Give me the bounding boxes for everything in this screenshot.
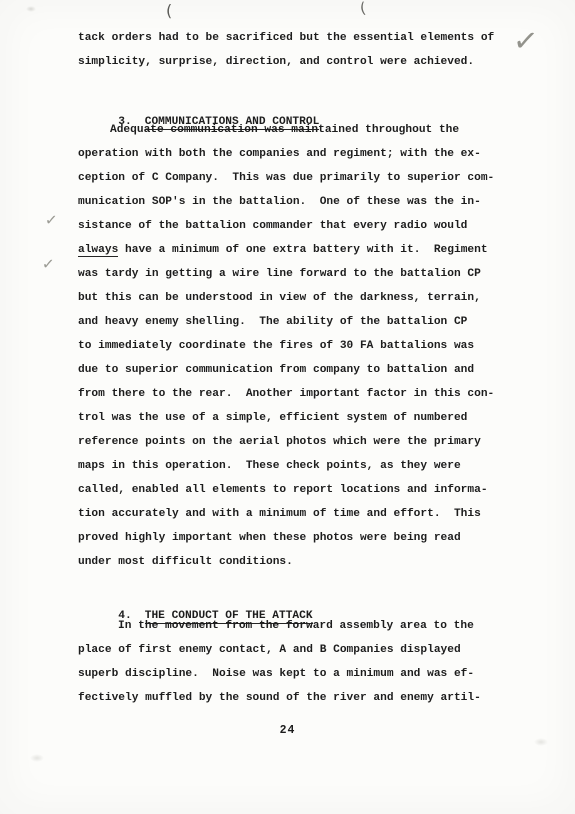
scan-smudge bbox=[26, 6, 36, 12]
text-line: In the movement from the forward assembl… bbox=[78, 614, 538, 638]
text-line: proved highly important when these photo… bbox=[78, 526, 538, 550]
section-heading-communications: 3.COMMUNICATIONS AND CONTROL bbox=[78, 86, 538, 110]
text-line: operation with both the companies and re… bbox=[78, 142, 538, 166]
text-line: superb discipline. Noise was kept to a m… bbox=[78, 662, 538, 686]
text-line: to immediately coordinate the fires of 3… bbox=[78, 334, 538, 358]
text-line: fectively muffled by the sound of the ri… bbox=[78, 686, 538, 710]
text-line: ception of C Company. This was due prima… bbox=[78, 166, 538, 190]
text-line-rest: have a minimum of one extra battery with… bbox=[118, 244, 487, 256]
paragraph-conduct-of-attack: In the movement from the forward assembl… bbox=[78, 614, 538, 710]
text-line: due to superior communication from compa… bbox=[78, 358, 538, 382]
handwritten-paren-mark: ( bbox=[166, 1, 172, 20]
text-line: trol was the use of a simple, efficient … bbox=[78, 406, 538, 430]
scanned-document-page: ( ( ✓ ✓ ✓ tack orders had to be sacrific… bbox=[0, 0, 575, 814]
text-line: simplicity, surprise, direction, and con… bbox=[78, 50, 538, 74]
text-line: reference points on the aerial photos wh… bbox=[78, 430, 538, 454]
paragraph-communications: Adequate communication was maintained th… bbox=[78, 118, 538, 574]
text-line: from there to the rear. Another importan… bbox=[78, 382, 538, 406]
pencil-checkmark-icon: ✓ bbox=[44, 211, 58, 230]
text-line: always have a minimum of one extra batte… bbox=[78, 238, 538, 262]
text-line: munication SOP's in the battalion. One o… bbox=[78, 190, 538, 214]
scan-smudge bbox=[30, 754, 44, 762]
text-line: was tardy in getting a wire line forward… bbox=[78, 262, 538, 286]
scan-smudge bbox=[534, 738, 548, 746]
text-line: tion accurately and with a minimum of ti… bbox=[78, 502, 538, 526]
page-body: tack orders had to be sacrificed but the… bbox=[78, 26, 538, 710]
section-heading-conduct-of-attack: 4.THE CONDUCT OF THE ATTACK bbox=[78, 580, 538, 604]
pencil-checkmark-icon: ✓ bbox=[41, 255, 55, 274]
text-line: place of first enemy contact, A and B Co… bbox=[78, 638, 538, 662]
handwritten-paren-mark: ( bbox=[359, 0, 367, 17]
text-line: Adequate communication was maintained th… bbox=[78, 118, 538, 142]
text-line: and heavy enemy shelling. The ability of… bbox=[78, 310, 538, 334]
text-line: called, enabled all elements to report l… bbox=[78, 478, 538, 502]
page-number: 24 bbox=[0, 724, 575, 737]
text-line: tack orders had to be sacrificed but the… bbox=[78, 26, 538, 50]
underlined-word: always bbox=[78, 244, 118, 257]
text-line: but this can be understood in view of th… bbox=[78, 286, 538, 310]
text-line: sistance of the battalion commander that… bbox=[78, 214, 538, 238]
text-line: under most difficult conditions. bbox=[78, 550, 538, 574]
text-line: maps in this operation. These check poin… bbox=[78, 454, 538, 478]
